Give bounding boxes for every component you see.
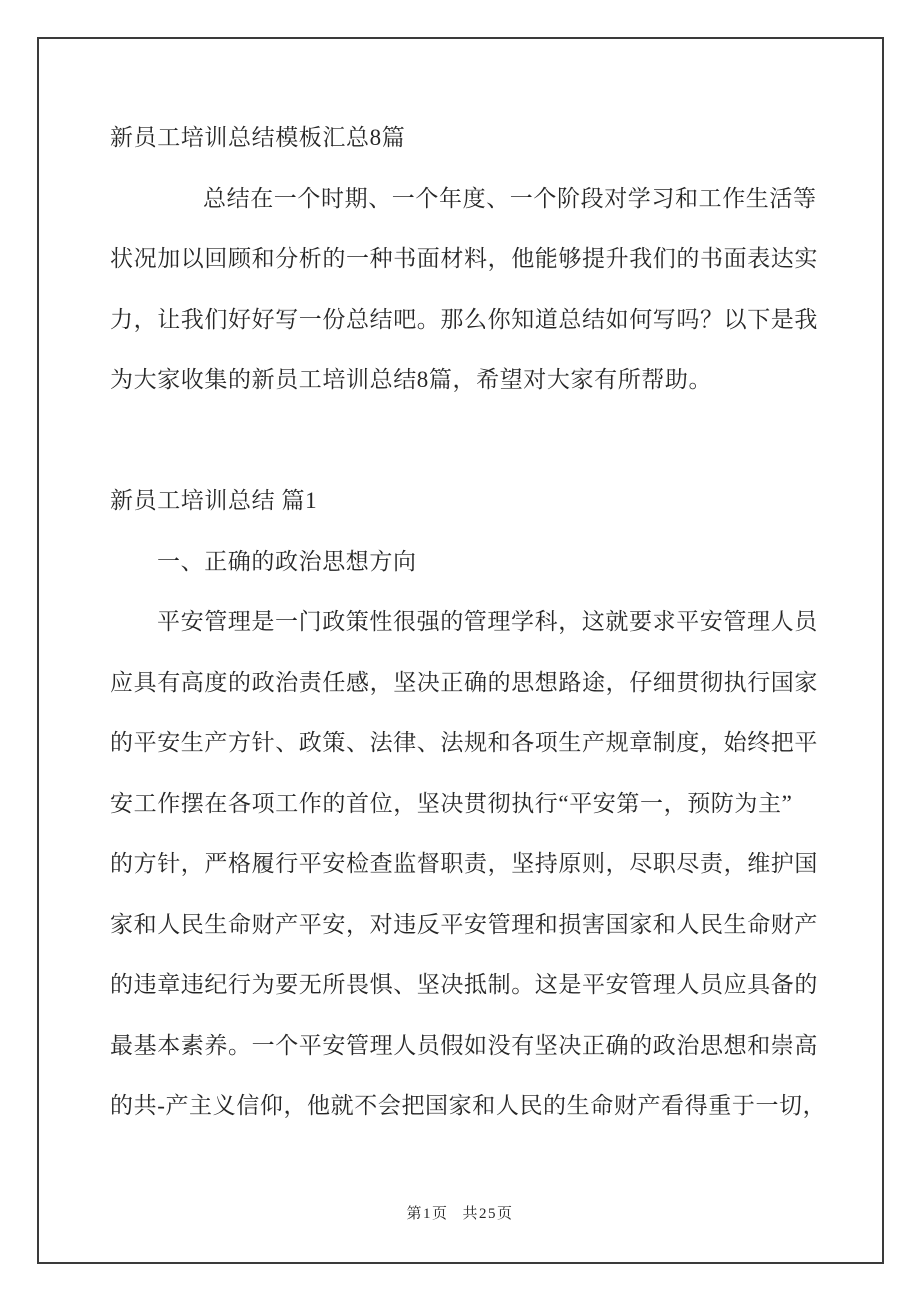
- text-line: 家和人民生命财产平安，对违反平安管理和损害国家和人民生命财产: [110, 895, 826, 956]
- document-content: 新员工培训总结模板汇总8篇 总结在一个时期、一个年度、一个阶段对学习和工作生活等…: [110, 108, 826, 1137]
- text-line: 状况加以回顾和分析的一种书面材料，他能够提升我们的书面表达实: [110, 229, 826, 290]
- section-heading: 新员工培训总结 篇1: [110, 471, 826, 532]
- text-line: 的共-产主义信仰，他就不会把国家和人民的生命财产看得重于一切，: [110, 1076, 826, 1137]
- document-title: 新员工培训总结模板汇总8篇: [110, 108, 826, 169]
- text-line: 应具有高度的政治责任感，坚决正确的思想路途，仔细贯彻执行国家: [110, 653, 826, 714]
- text-line: 的方针，严格履行平安检查监督职责，坚持原则，尽职尽责，维护国: [110, 834, 826, 895]
- blank-line: [110, 411, 826, 472]
- text-line: 为大家收集的新员工培训总结8篇，希望对大家有所帮助。: [110, 350, 826, 411]
- text-line: 的违章违纪行为要无所畏惧、坚决抵制。这是平安管理人员应具备的: [110, 955, 826, 1016]
- document-page: 新员工培训总结模板汇总8篇 总结在一个时期、一个年度、一个阶段对学习和工作生活等…: [0, 0, 920, 1302]
- text-line: 平安管理是一门政策性很强的管理学科，这就要求平安管理人员: [110, 592, 826, 653]
- text-line: 总结在一个时期、一个年度、一个阶段对学习和工作生活等: [110, 169, 826, 230]
- section-subheading: 一、正确的政治思想方向: [110, 532, 826, 593]
- page-total-label: 共25页: [463, 1206, 514, 1222]
- text-line: 最基本素养。一个平安管理人员假如没有坚决正确的政治思想和崇高: [110, 1016, 826, 1077]
- text-line: 安工作摆在各项工作的首位，坚决贯彻执行“平安第一，预防为主”: [110, 774, 826, 835]
- text-line: 力，让我们好好写一份总结吧。那么你知道总结如何写吗？以下是我: [110, 290, 826, 351]
- text-line: 的平安生产方针、政策、法律、法规和各项生产规章制度，始终把平: [110, 713, 826, 774]
- page-number-label: 第1页: [406, 1206, 448, 1222]
- page-footer: 第1页共25页: [0, 1202, 920, 1223]
